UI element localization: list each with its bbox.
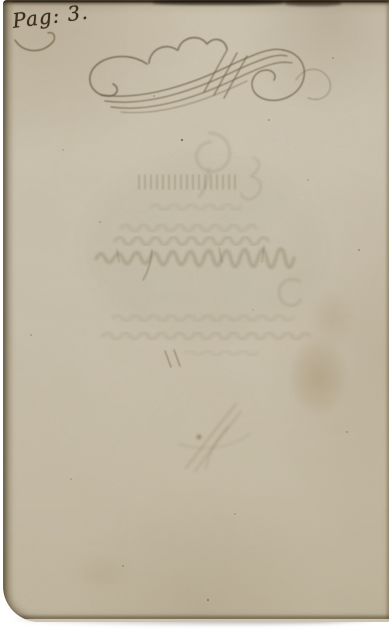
paper-right-edge [385,0,389,622]
paper-bottom-edge [9,619,389,622]
bleedthrough-haze [85,160,321,336]
paper-left-edge [3,0,14,622]
paper-top-edge-wear [153,0,283,5]
manuscript-scan: Pag: 3. [0,0,389,629]
paper-top-edge-wear [285,0,341,6]
paper-sheet: Pag: 3. [3,0,389,622]
paper-artwork [3,0,389,622]
